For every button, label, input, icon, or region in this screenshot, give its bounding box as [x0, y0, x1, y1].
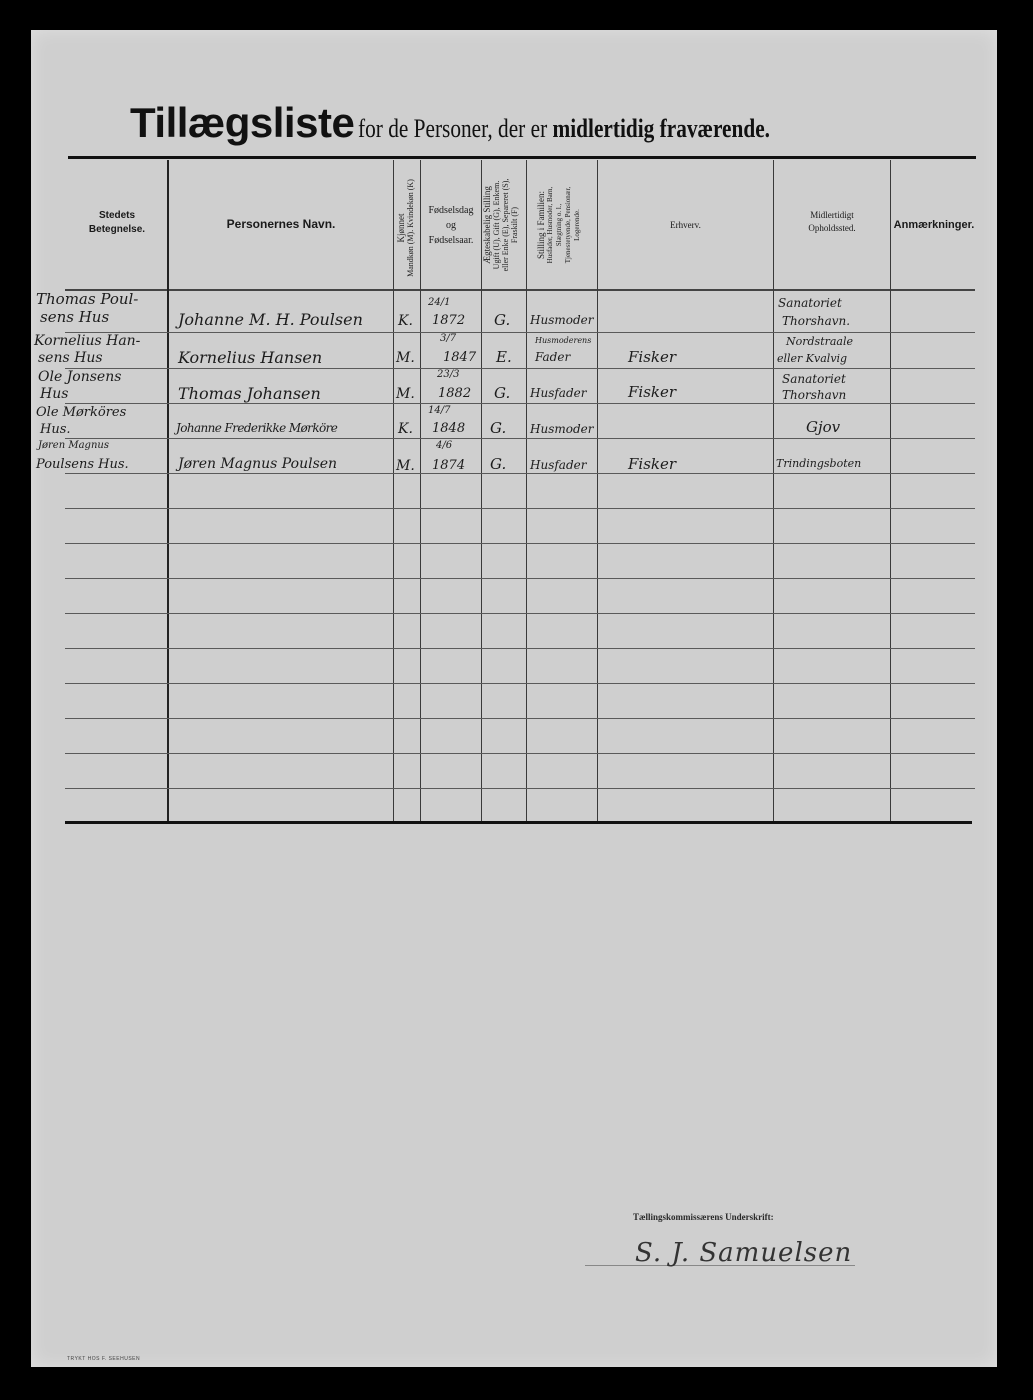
column-divider: [167, 160, 169, 821]
header-personernes-navn: Personernes Navn.: [169, 215, 393, 233]
header-stilling-i-familien: Stilling i Familien: Husfader, Husmoder,…: [537, 165, 587, 285]
column-divider: [773, 160, 774, 821]
column-divider: [393, 160, 394, 821]
cell-opholdssted: Sanatoriet: [778, 296, 842, 310]
signature-value: S. J. Samuelsen: [635, 1238, 852, 1268]
cell-aegteskab: G.: [494, 384, 510, 402]
cell-sted: Ole Mørköres: [36, 405, 126, 420]
cell-fodselsdag: 4/6: [436, 440, 452, 451]
cell-navn: Kornelius Hansen: [178, 348, 322, 367]
row-rule: [65, 473, 975, 474]
column-divider: [420, 160, 421, 821]
form-title-bold: Tillægsliste: [130, 99, 354, 146]
cell-aegteskab: G.: [490, 419, 506, 437]
row-rule: [65, 403, 975, 404]
header-fodselsdag: Fødselsdag og Fødselsaar.: [421, 200, 481, 250]
cell-sted: sens Hus: [40, 308, 109, 326]
row-rule: [65, 438, 975, 439]
row-rule: [65, 613, 975, 614]
row-rule: [65, 543, 975, 544]
cell-navn: Johanne M. H. Poulsen: [178, 310, 363, 329]
cell-sted: Kornelius Han-: [34, 333, 140, 349]
cell-fodselsaar: 1847: [443, 350, 476, 365]
cell-opholdssted: Thorshavn: [782, 388, 846, 402]
cell-stilling: Husfader: [530, 386, 586, 400]
header-aegteskabelig-stilling: Ægteskabelig Stilling Ugift (U), Gift (G…: [483, 165, 523, 285]
cell-stilling: Husfader: [530, 458, 586, 472]
column-divider: [890, 160, 891, 821]
row-rule: [65, 788, 975, 789]
cell-sted: Poulsens Hus.: [36, 457, 129, 472]
row-rule: [65, 683, 975, 684]
row-rule: [65, 718, 975, 719]
cell-fodselsdag: 3/7: [440, 333, 456, 344]
table-bottom-rule: [65, 821, 972, 824]
row-rule: [65, 332, 975, 333]
cell-fodselsaar: 1848: [432, 421, 465, 436]
header-midlertidigt-opholdssted: Midlertidigt Opholdssted.: [774, 208, 890, 236]
cell-sted: sens Hus: [38, 350, 103, 366]
cell-fodselsaar: 1882: [438, 386, 471, 401]
header-erhverv: Erhverv.: [598, 218, 773, 232]
cell-sted: Jøren Magnus: [38, 440, 109, 451]
cell-aegteskab: G.: [494, 311, 510, 329]
cell-kjon: M.: [396, 350, 415, 366]
cell-stilling: Husmoder: [530, 313, 593, 327]
cell-erhverv: Fisker: [628, 348, 676, 366]
cell-kjon: M.: [396, 386, 415, 402]
signature-label: Tællingskommissærens Underskrift:: [633, 1212, 774, 1222]
cell-kjon: K.: [398, 313, 413, 329]
cell-opholdssted: Sanatoriet: [782, 372, 846, 386]
cell-fodselsaar: 1872: [432, 313, 465, 328]
cell-opholdssted: Gjov: [806, 418, 840, 436]
form-title: Tillægsliste for de Personer, der er mid…: [130, 99, 861, 147]
cell-opholdssted: Trindingsboten: [776, 457, 861, 470]
cell-navn: Jøren Magnus Poulsen: [178, 456, 337, 472]
cell-aegteskab: G.: [490, 455, 506, 473]
cell-erhverv: Fisker: [628, 455, 676, 473]
cell-stilling: Fader: [535, 350, 570, 364]
cell-opholdssted: eller Kvalvig: [777, 352, 847, 365]
header-bottom-rule: [65, 289, 975, 291]
cell-navn: Johanne Frederikke Mørköre: [176, 421, 337, 435]
row-rule: [65, 648, 975, 649]
cell-fodselsdag: 14/7: [428, 405, 450, 416]
cell-sted: Hus: [40, 386, 68, 402]
form-title-subtitle: for de Personer, der er midlertidig frav…: [358, 114, 770, 144]
cell-fodselsaar: 1874: [432, 458, 465, 473]
table-top-rule: [68, 156, 976, 159]
cell-sted: Ole Jonsens: [38, 369, 121, 385]
cell-kjon: K.: [398, 421, 413, 437]
cell-navn: Thomas Johansen: [178, 384, 321, 403]
cell-stilling: Husmoderens: [535, 336, 591, 345]
column-divider: [597, 160, 598, 821]
cell-stilling: Husmoder: [530, 422, 593, 436]
cell-opholdssted: Thorshavn.: [782, 314, 850, 328]
cell-sted: Hus.: [40, 422, 71, 437]
cell-erhverv: Fisker: [628, 383, 676, 401]
header-kjonnet: Kjønnet Mandkøn (M). Kvindekøn (K): [397, 168, 417, 288]
header-stedets-betegnelse: Stedets Betegnelse.: [68, 205, 166, 241]
cell-fodselsdag: 23/3: [437, 369, 459, 380]
row-rule: [65, 753, 975, 754]
cell-aegteskab: E.: [496, 348, 512, 366]
printer-mark: TRYKT HOS F. SEEHUSEN: [67, 1356, 140, 1362]
row-rule: [65, 368, 975, 369]
column-divider: [526, 160, 527, 821]
cell-fodselsdag: 24/1: [428, 297, 450, 308]
header-anmaerkninger: Anmærkninger.: [889, 217, 979, 233]
cell-sted: Thomas Poul-: [36, 290, 138, 308]
cell-opholdssted: Nordstraale: [786, 335, 853, 348]
cell-kjon: M.: [396, 458, 415, 474]
row-rule: [65, 578, 975, 579]
row-rule: [65, 508, 975, 509]
